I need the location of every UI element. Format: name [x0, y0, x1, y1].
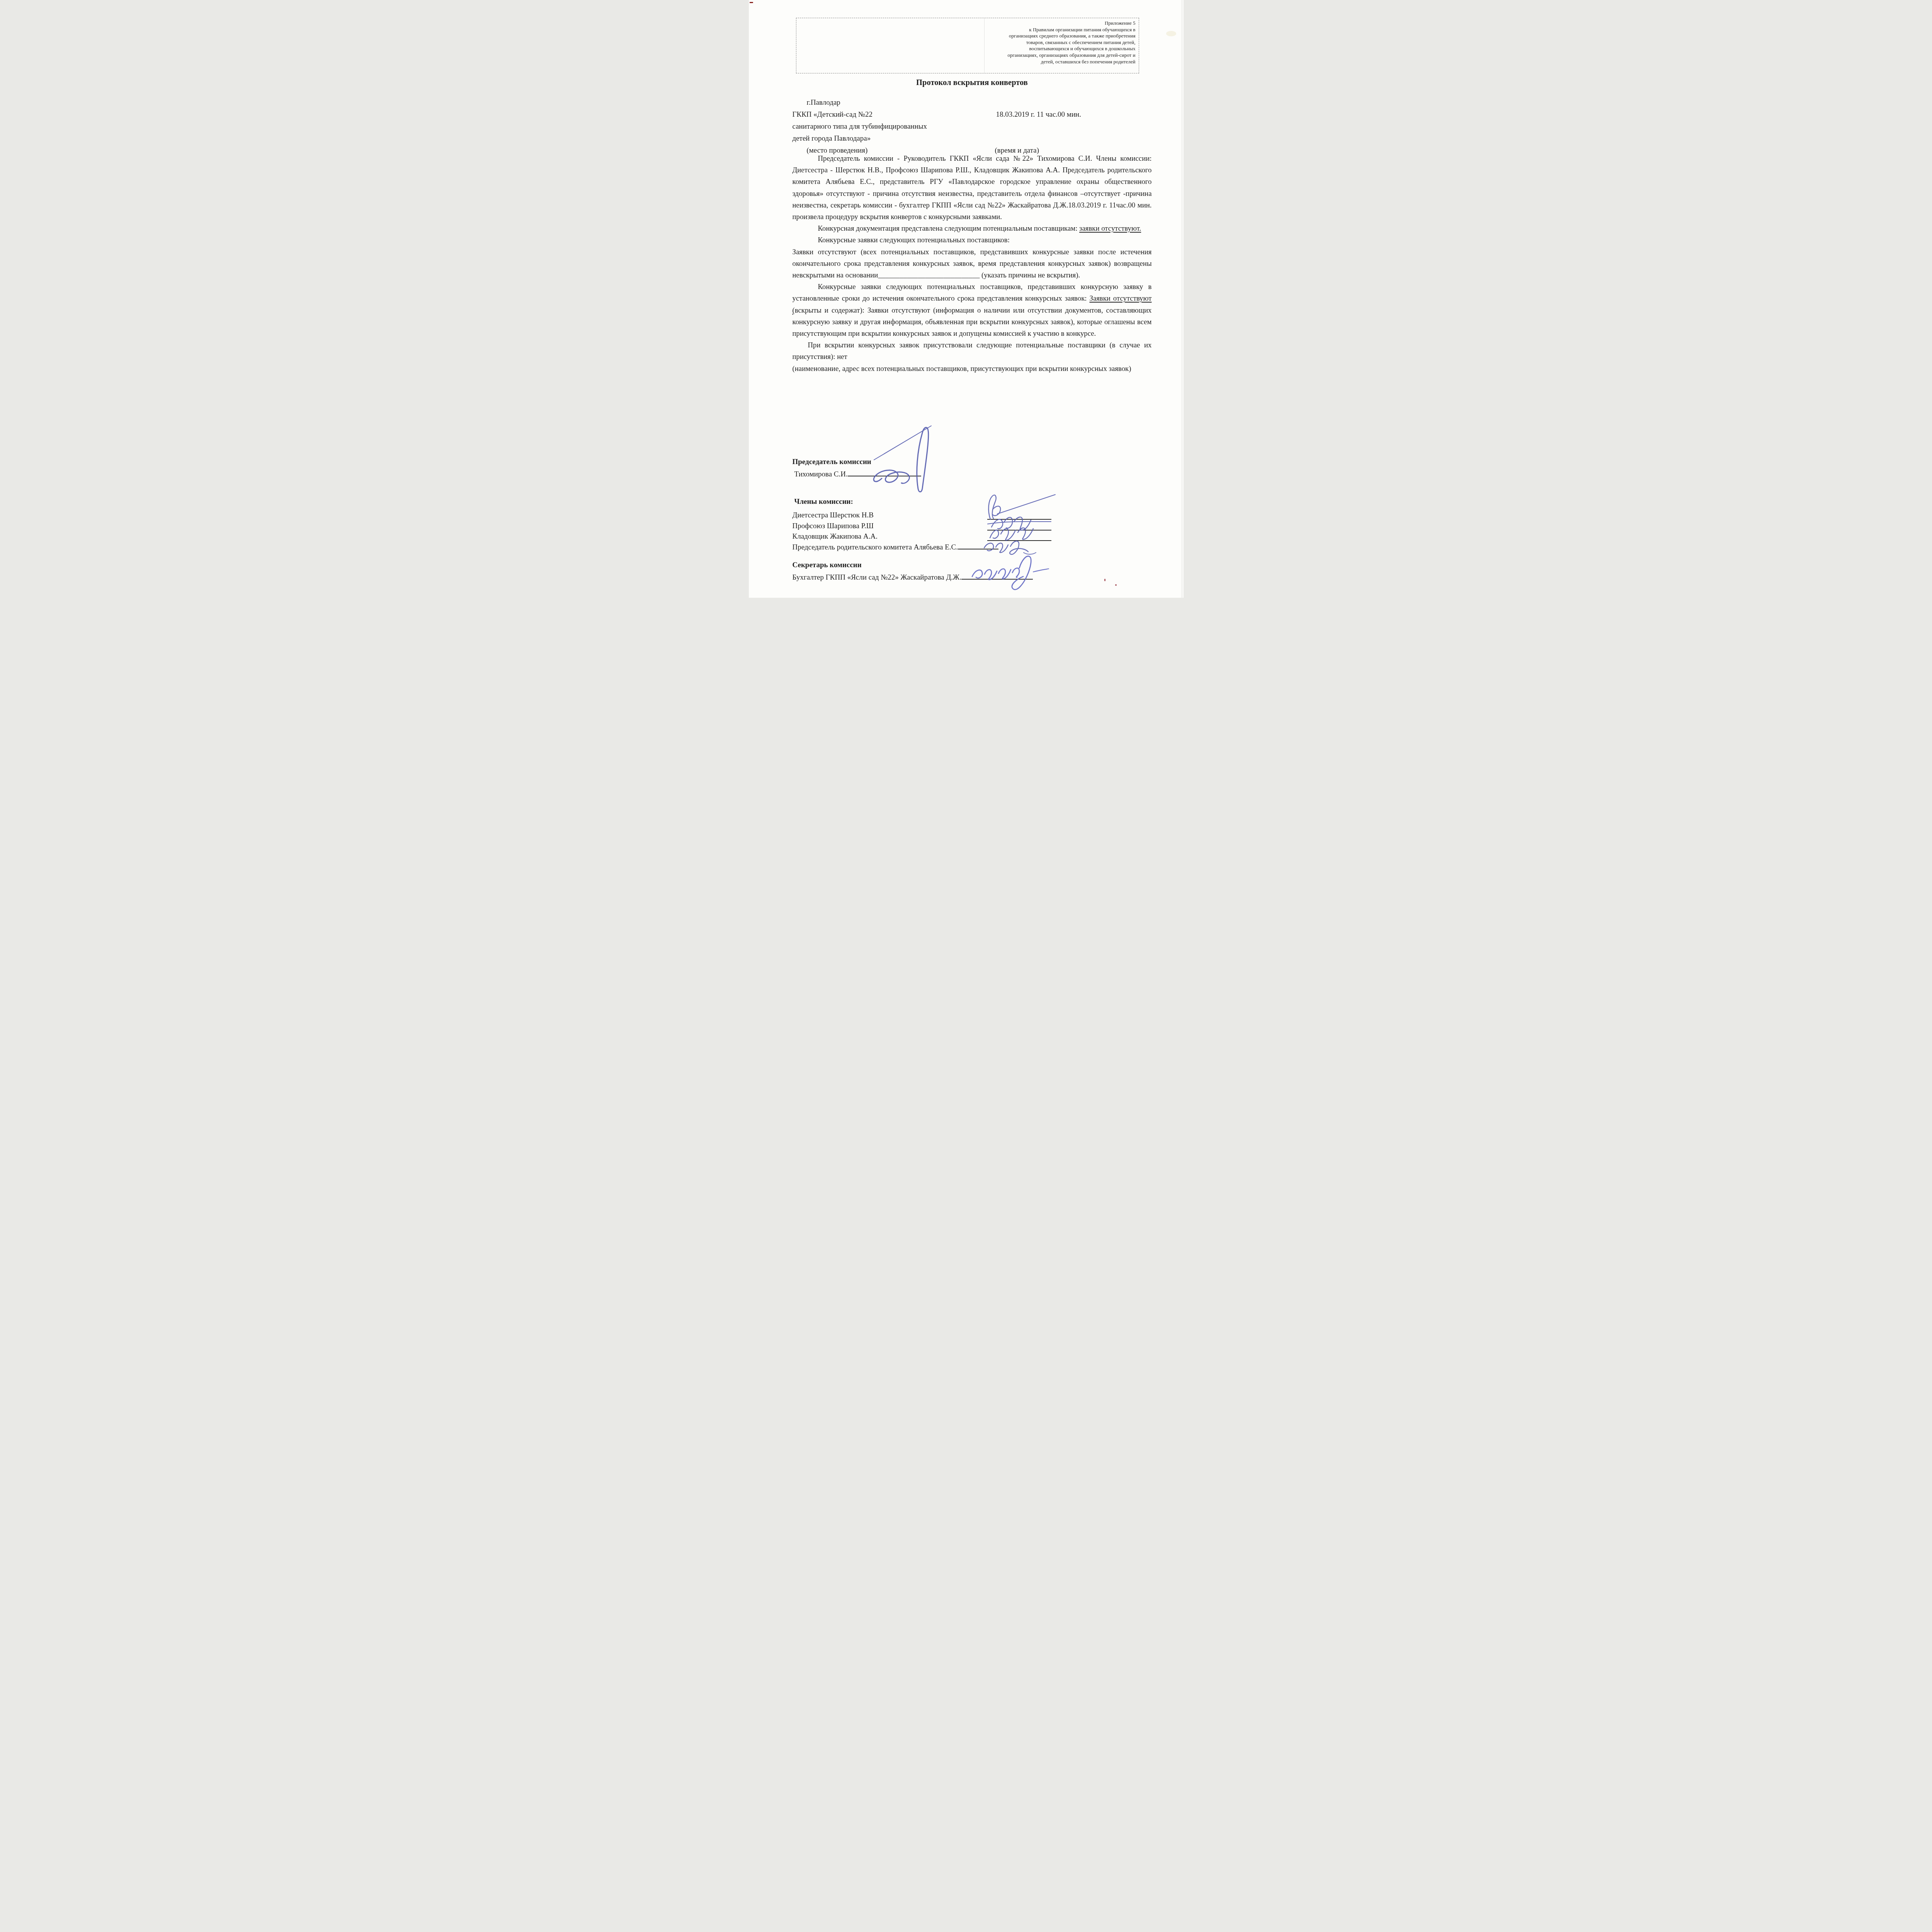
meta-org-line: санитарного типа для тубинфицированных — [793, 122, 927, 131]
members-label: Члены комиссии: — [794, 498, 853, 506]
document-title: Протокол вскрытия конвертов — [793, 78, 1152, 87]
document-body: Председатель комиссии - Руководитель ГКК… — [793, 153, 1152, 375]
appendix-line: организациях среднего образования, а так… — [919, 33, 1136, 39]
chair-signature-line — [848, 471, 921, 476]
appendix-line: к Правилам организации питания обучающих… — [919, 27, 1136, 33]
scan-speck — [1115, 584, 1117, 586]
paragraph-commission-members: Председатель комиссии - Руководитель ГКК… — [793, 153, 1152, 223]
appendix-line: Приложение 5 — [919, 20, 1136, 27]
paragraph-present-suppliers: При вскрытии конкурсных заявок присутств… — [793, 340, 1152, 363]
member-signature-line — [958, 544, 998, 549]
paragraph-opened-bids: Конкурсные заявки следующих потенциальны… — [793, 281, 1152, 340]
appendix-reference-box: Приложение 5 к Правилам организации пита… — [796, 18, 1139, 73]
appendix-reference-text: Приложение 5 к Правилам организации пита… — [919, 20, 1136, 65]
member-row: Председатель родительского комитета Аляб… — [793, 542, 1152, 553]
paragraph-documentation-text: Конкурсная документация представлена сле… — [818, 224, 1080, 233]
members-list: Диетсестра Шерстюк Н.В Профсоюз Шарипова… — [793, 510, 1152, 553]
member-signature-line — [987, 540, 1051, 541]
paragraph-note: (наименование, адрес всех потенциальных … — [793, 363, 1152, 375]
scan-speck — [1104, 579, 1105, 581]
blank-underscores: ____________________________ — [878, 271, 980, 279]
member-signature-line — [987, 519, 1051, 520]
chair-name: Тихомирова С.И. — [794, 470, 848, 478]
scanned-protocol-page: Приложение 5 к Правилам организации пита… — [749, 0, 1184, 598]
scan-edge-shadow — [1181, 0, 1183, 598]
secretary-signature-line — [961, 574, 1033, 580]
member-row: Профсоюз Шарипова Р.Ш — [793, 521, 1152, 532]
meta-block: г.Павлодар ГККП «Детский-сад №22 18.03.2… — [793, 97, 1152, 156]
member-row: Диетсестра Шерстюк Н.В — [793, 510, 1152, 521]
appendix-line: товаров, связанных с обеспечением питани… — [919, 39, 1136, 46]
member-row: Кладовщик Жакипова А.А. — [793, 531, 1152, 542]
meta-city: г.Павлодар — [793, 97, 840, 109]
meta-org-line: детей города Павлодара» — [793, 134, 871, 143]
secretary-name: Бухгалтер ГКПП «Ясли сад №22» Жаскайрато… — [793, 573, 961, 582]
scan-smudge — [1166, 31, 1176, 36]
line-bids-of-suppliers: Конкурсные заявки следующих потенциальны… — [793, 235, 1152, 246]
secretary-label: Секретарь комиссии — [793, 561, 862, 570]
meta-org-line: ГККП «Детский-сад №22 — [793, 111, 872, 119]
member-name: Председатель родительского комитета Аляб… — [793, 543, 958, 551]
chair-signature-ink — [869, 421, 938, 493]
secretary-name-row: Бухгалтер ГКПП «Ясли сад №22» Жаскайрато… — [793, 573, 1033, 582]
appendix-line: организациях, организациях образования д… — [919, 52, 1136, 59]
meta-datetime: 18.03.2019 г. 11 час.00 мин. — [996, 109, 1081, 121]
chair-label: Председатель комиссии — [793, 458, 871, 466]
underlined-no-bids: заявки отсутствуют. — [1079, 224, 1141, 233]
member-signature-line — [987, 530, 1051, 531]
opened-bids-text-tail: вскрыты и содержат): Заявки отсутствуют … — [793, 306, 1152, 338]
appendix-line: воспитывающихся и обучающихся в дошкольн… — [919, 46, 1136, 52]
paragraph-documentation: Конкурсная документация представлена сле… — [793, 223, 1152, 235]
returned-text-tail: (указать причины не вскрытия). — [980, 271, 1080, 279]
paragraph-returned-unopened: Заявки отсутствуют (всех потенциальных п… — [793, 247, 1152, 282]
scan-speck — [750, 2, 753, 3]
appendix-line: детей, оставшихся без попечения родителе… — [919, 59, 1136, 65]
chair-name-row: Тихомирова С.И. — [794, 470, 921, 479]
